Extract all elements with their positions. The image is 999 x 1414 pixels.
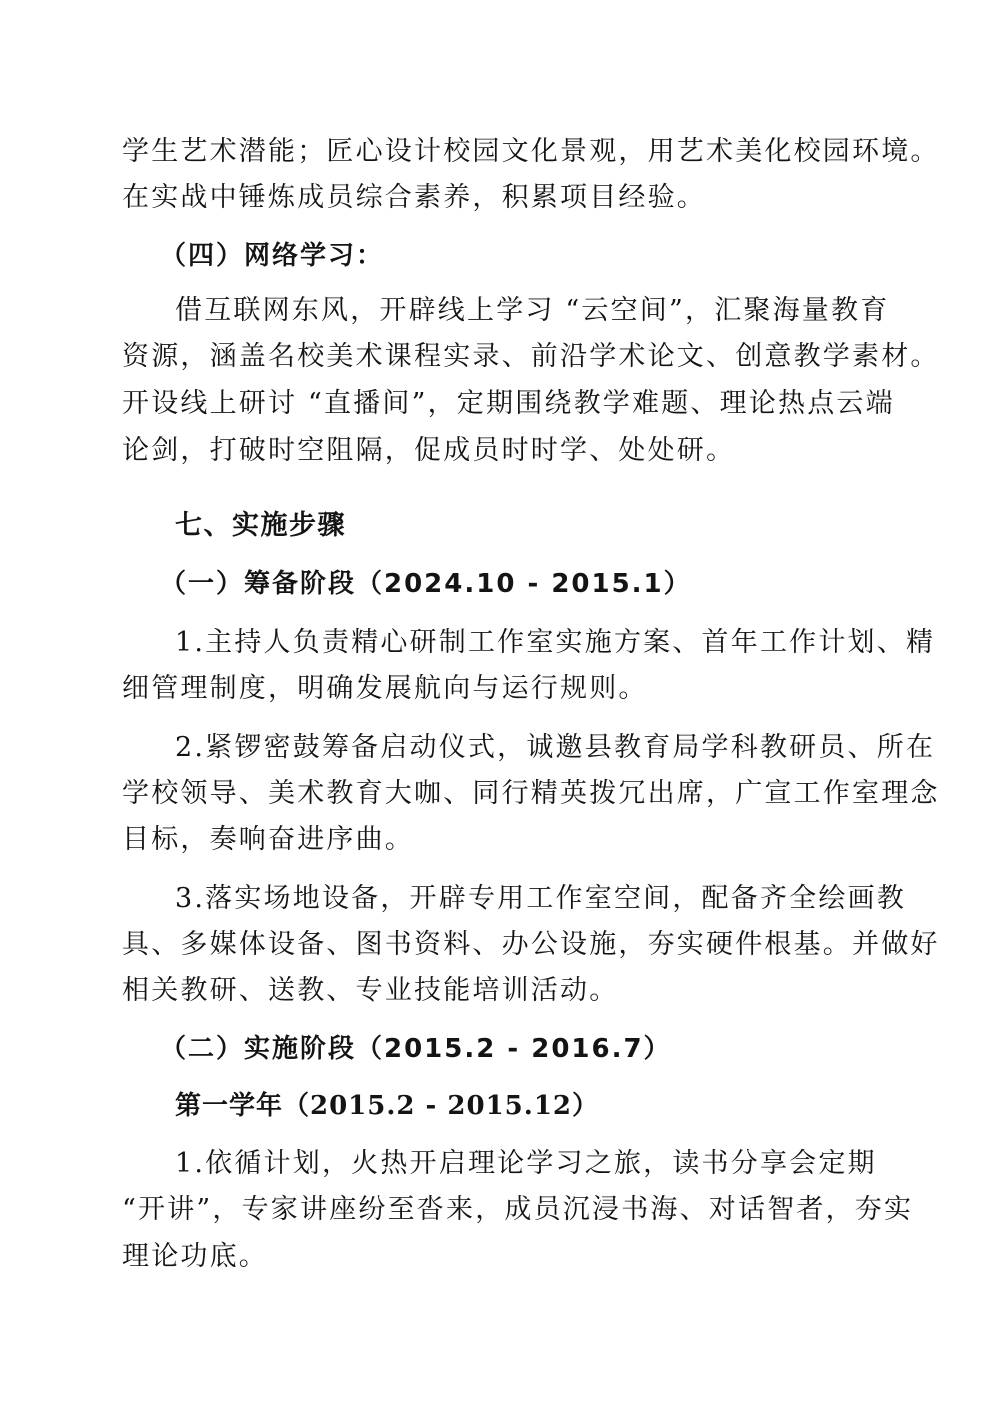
paragraph-line: 开设线上研讨 “直播间”，定期围绕教学难题、理论热点云端 bbox=[122, 381, 882, 427]
paragraph-line: 具、多媒体设备、图书资料、办公设施，夯实硬件根基。并做好 bbox=[122, 922, 882, 968]
subheading-online-learning: （四）网络学习： bbox=[160, 233, 920, 279]
paragraph-line: 在实战中锤炼成员综合素养，积累项目经验。 bbox=[122, 175, 882, 221]
paragraph-line: 1.主持人负责精心研制工作室实施方案、首年工作计划、精 bbox=[175, 620, 882, 666]
section-heading-implementation-steps: 七、实施步骤 bbox=[175, 503, 935, 549]
paragraph-line: 资源，涵盖名校美术课程实录、前沿学术论文、创意教学素材。 bbox=[122, 334, 882, 380]
paragraph-line: 相关教研、送教、专业技能培训活动。 bbox=[122, 968, 882, 1014]
paragraph-line: “开讲”，专家讲座纷至沓来，成员沉浸书海、对话智者，夯实 bbox=[122, 1187, 882, 1233]
subheading-implementation-stage: （二）实施阶段（2015.2 - 2016.7） bbox=[160, 1026, 920, 1072]
paragraph-line: 理论功底。 bbox=[122, 1234, 882, 1280]
paragraph-line: 细管理制度，明确发展航向与运行规则。 bbox=[122, 666, 882, 712]
paragraph-line: 目标，奏响奋进序曲。 bbox=[122, 817, 882, 863]
paragraph-line: 论剑，打破时空阻隔，促成员时时学、处处研。 bbox=[122, 428, 882, 474]
paragraph-line: 3.落实场地设备，开辟专用工作室空间，配备齐全绘画教 bbox=[175, 876, 882, 922]
paragraph-line: 学校领导、美术教育大咖、同行精英拨冗出席，广宣工作室理念 bbox=[122, 771, 882, 817]
paragraph-line: 2.紧锣密鼓筹备启动仪式，诚邀县教育局学科教研员、所在 bbox=[175, 725, 882, 771]
paragraph-line: 学生艺术潜能；匠心设计校园文化景观，用艺术美化校园环境。 bbox=[122, 129, 882, 175]
year-heading-first-year: 第一学年（2015.2 - 2015.12） bbox=[175, 1083, 935, 1129]
subheading-preparation-stage: （一）筹备阶段（2024.10 - 2015.1） bbox=[160, 561, 920, 607]
paragraph-line: 借互联网东风，开辟线上学习 “云空间”，汇聚海量教育 bbox=[175, 288, 882, 334]
paragraph-line: 1.依循计划，火热开启理论学习之旅，读书分享会定期 bbox=[175, 1141, 882, 1187]
document-page: 学生艺术潜能；匠心设计校园文化景观，用艺术美化校园环境。 在实战中锤炼成员综合素… bbox=[0, 0, 999, 1414]
